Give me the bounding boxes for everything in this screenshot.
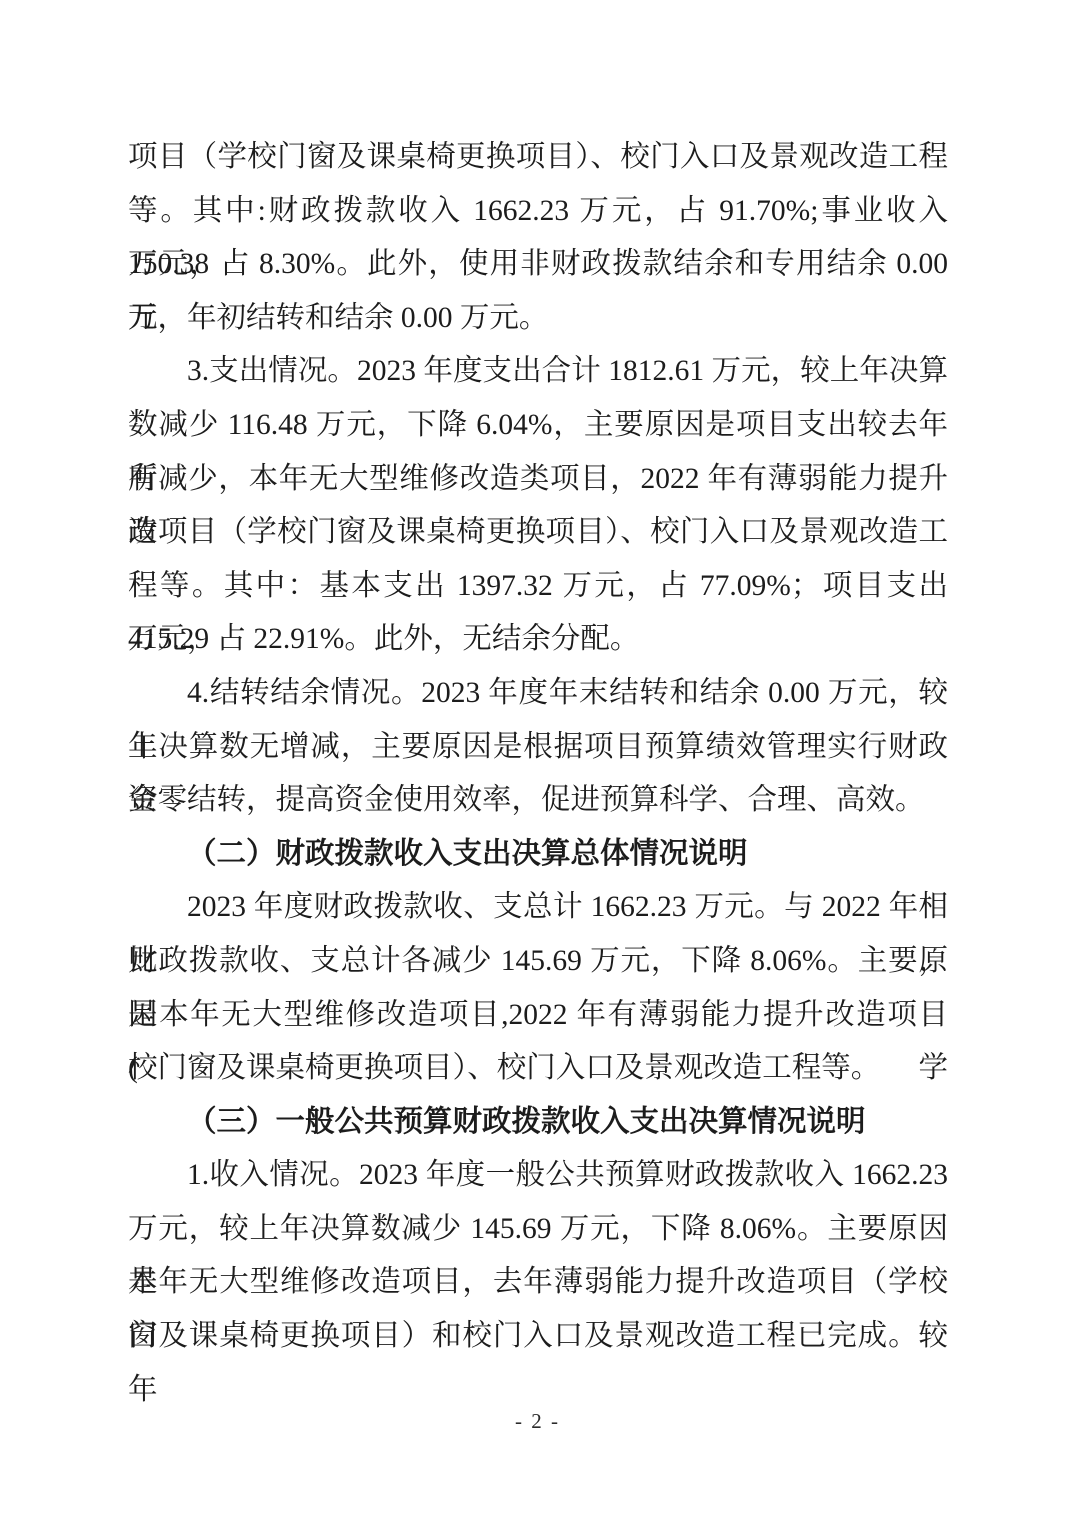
body-text-line: 4.结转结余情况。2023 年度年末结转和结余 0.00 万元，较上 [128,667,948,721]
page-number: - 2 - [0,1406,1075,1436]
document-page: 项目（学校门窗及课桌椅更换项目）、校门入口及景观改造工程等。其中:财政拨款收入 … [0,0,1075,1520]
body-text-line: 2023 年度财政拨款收、支总计 1662.23 万元。与 2022 年相比， [128,881,948,935]
body-text-line: 窗及课桌椅更换项目）和校门入口及景观改造工程已完成。较年 [128,1310,948,1364]
section-heading-line: （二）财政拨款收入支出决算总体情况说明 [128,828,948,882]
body-text-line: 万元，占 22.91%。此外，无结余分配。 [128,613,948,667]
body-text-line: 项目（学校门窗及课桌椅更换项目）、校门入口及景观改造工程 [128,131,948,185]
body-text-line: 造项目（学校门窗及课桌椅更换项目）、校门入口及景观改造工 [128,506,948,560]
body-text-line: 本年无大型维修改造项目，去年薄弱能力提升改造项目（学校门 [128,1256,948,1310]
section-heading-line: （三）一般公共预算财政拨款收入支出决算情况说明 [128,1096,948,1150]
body-text-line: 3.支出情况。2023 年度支出合计 1812.61 万元，较上年决算 [128,345,948,399]
body-text-line: 等。其中:财政拨款收入 1662.23 万元，占 91.70%;事业收入 150… [128,185,948,239]
body-text-line: 年决算数无增减，主要原因是根据项目预算绩效管理实行财政资 [128,721,948,775]
body-text-line: 所减少，本年无大型维修改造类项目，2022 年有薄弱能力提升改 [128,453,948,507]
body-text-line: 金零结转，提高资金使用效率，促进预算科学、合理、高效。 [128,774,948,828]
body-text-line: 财政拨款收、支总计各减少 145.69 万元，下降 8.06%。主要原因 [128,935,948,989]
body-text-line: 是本年无大型维修改造项目,2022 年有薄弱能力提升改造项目(学 [128,989,948,1043]
body-text-line: 元，年初结转和结余 0.00 万元。 [128,292,948,346]
body-text-line: 程等。其中：基本支出 1397.32 万元，占 77.09%；项目支出 415.… [128,560,948,614]
body-text-line: 万元，较上年决算数减少 145.69 万元，下降 8.06%。主要原因是 [128,1203,948,1257]
body-text-line: 万元，占 8.30%。此外，使用非财政拨款结余和专用结余 0.00 万 [128,238,948,292]
body-text-line: 校门窗及课桌椅更换项目）、校门入口及景观改造工程等。 [128,1042,948,1096]
body-text-line: 数减少 116.48 万元，下降 6.04%，主要原因是项目支出较去年有 [128,399,948,453]
document-text-block: 项目（学校门窗及课桌椅更换项目）、校门入口及景观改造工程等。其中:财政拨款收入 … [128,131,948,1364]
body-text-line: 1.收入情况。2023 年度一般公共预算财政拨款收入 1662.23 [128,1149,948,1203]
